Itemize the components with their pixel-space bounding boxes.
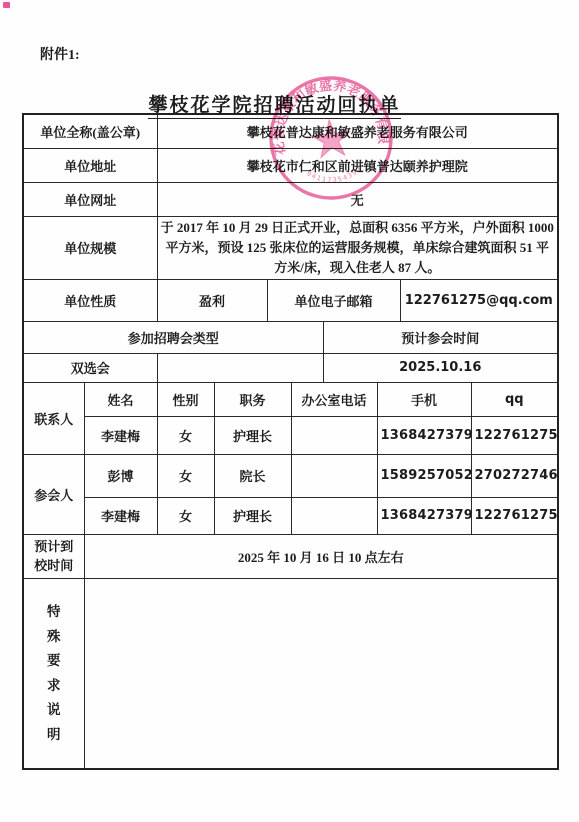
- attachment-label: 附件1:: [40, 44, 80, 64]
- attendee-row: 参会人 彭博 女 院长 15892570521 270272746: [23, 454, 558, 497]
- unit-scale-value: 于 2017 年 10 月 29 日正式开业，总面积 6356 平方米，户外面积…: [157, 216, 558, 279]
- row-special-notes: 特 殊 要 求 说 明: [23, 578, 558, 769]
- contact-mobile: 13684273790: [377, 416, 471, 454]
- contact-gender: 女: [157, 416, 214, 454]
- fair-time-value: 2025.10.16: [323, 353, 558, 382]
- scan-artifact-red-mark: [3, 2, 10, 8]
- unit-scale-label: 单位规模: [23, 216, 157, 279]
- special-notes-label: 特 殊 要 求 说 明: [23, 578, 84, 769]
- unit-nature-value: 盈利: [157, 279, 267, 321]
- row-fair-headers: 参加招聘会类型 预计参会时间: [23, 321, 558, 353]
- attendee-gender: 女: [157, 497, 214, 534]
- special-notes-label-chars: 特 殊 要 求 说 明: [24, 605, 84, 741]
- attendee-name: 李建梅: [84, 497, 157, 534]
- col-header-qq: qq: [471, 382, 558, 416]
- fair-type-value: 双选会: [23, 353, 157, 382]
- unit-website-label: 单位网址: [23, 182, 157, 216]
- col-header-mobile: 手机: [377, 382, 471, 416]
- attendee-title: 院长: [214, 454, 291, 497]
- unit-address-value: 攀枝花市仁和区前进镇普达颐养护理院: [157, 148, 558, 182]
- arrival-time-label: 预计到校时间: [23, 534, 84, 578]
- unit-nature-label: 单位性质: [23, 279, 157, 321]
- attendee-group-label: 参会人: [23, 454, 84, 534]
- row-contact-headers: 联系人 姓名 性别 职务 办公室电话 手机 qq: [23, 382, 558, 416]
- attendee-qq: 270272746: [471, 454, 558, 497]
- row-unit-scale: 单位规模 于 2017 年 10 月 29 日正式开业，总面积 6356 平方米…: [23, 216, 558, 279]
- special-notes-value: [84, 578, 558, 769]
- receipt-form-table: 单位全称(盖公章) 攀枝花普达康和敏盛养老服务有限公司 单位地址 攀枝花市仁和区…: [22, 113, 559, 770]
- unit-address-label: 单位地址: [23, 148, 157, 182]
- contact-name: 李建梅: [84, 416, 157, 454]
- attendee-mobile: 15892570521: [377, 454, 471, 497]
- contact-office-phone: [291, 416, 377, 454]
- arrival-time-value: 2025 年 10 月 16 日 10 点左右: [84, 534, 558, 578]
- contact-qq: 122761275: [471, 416, 558, 454]
- row-fair-values: 双选会 2025.10.16: [23, 353, 558, 382]
- fair-type-empty-cell: [157, 353, 323, 382]
- unit-name-value: 攀枝花普达康和敏盛养老服务有限公司: [157, 114, 558, 148]
- attendee-qq: 122761275: [471, 497, 558, 534]
- col-header-title: 职务: [214, 382, 291, 416]
- unit-email-value: 122761275@qq.com: [400, 279, 558, 321]
- row-unit-name: 单位全称(盖公章) 攀枝花普达康和敏盛养老服务有限公司: [23, 114, 558, 148]
- contact-row: 李建梅 女 护理长 13684273790 122761275: [23, 416, 558, 454]
- col-header-gender: 性别: [157, 382, 214, 416]
- col-header-office-phone: 办公室电话: [291, 382, 377, 416]
- contact-title: 护理长: [214, 416, 291, 454]
- col-header-name: 姓名: [84, 382, 157, 416]
- row-arrival-time: 预计到校时间 2025 年 10 月 16 日 10 点左右: [23, 534, 558, 578]
- row-unit-website: 单位网址 无: [23, 182, 558, 216]
- scanned-document-page: { "doc": { "attachment": "附件1:", "title"…: [0, 0, 579, 822]
- attendee-name: 彭博: [84, 454, 157, 497]
- row-unit-address: 单位地址 攀枝花市仁和区前进镇普达颐养护理院: [23, 148, 558, 182]
- fair-type-header: 参加招聘会类型: [23, 321, 323, 353]
- attendee-office-phone: [291, 454, 377, 497]
- attendee-gender: 女: [157, 454, 214, 497]
- attendee-row: 李建梅 女 护理长 13684273790 122761275: [23, 497, 558, 534]
- contact-group-label: 联系人: [23, 382, 84, 454]
- attendee-title: 护理长: [214, 497, 291, 534]
- row-unit-nature: 单位性质 盈利 单位电子邮箱 122761275@qq.com: [23, 279, 558, 321]
- unit-email-label: 单位电子邮箱: [267, 279, 400, 321]
- attendee-mobile: 13684273790: [377, 497, 471, 534]
- unit-website-value: 无: [157, 182, 558, 216]
- fair-time-header: 预计参会时间: [323, 321, 558, 353]
- attendee-office-phone: [291, 497, 377, 534]
- unit-name-label: 单位全称(盖公章): [23, 114, 157, 148]
